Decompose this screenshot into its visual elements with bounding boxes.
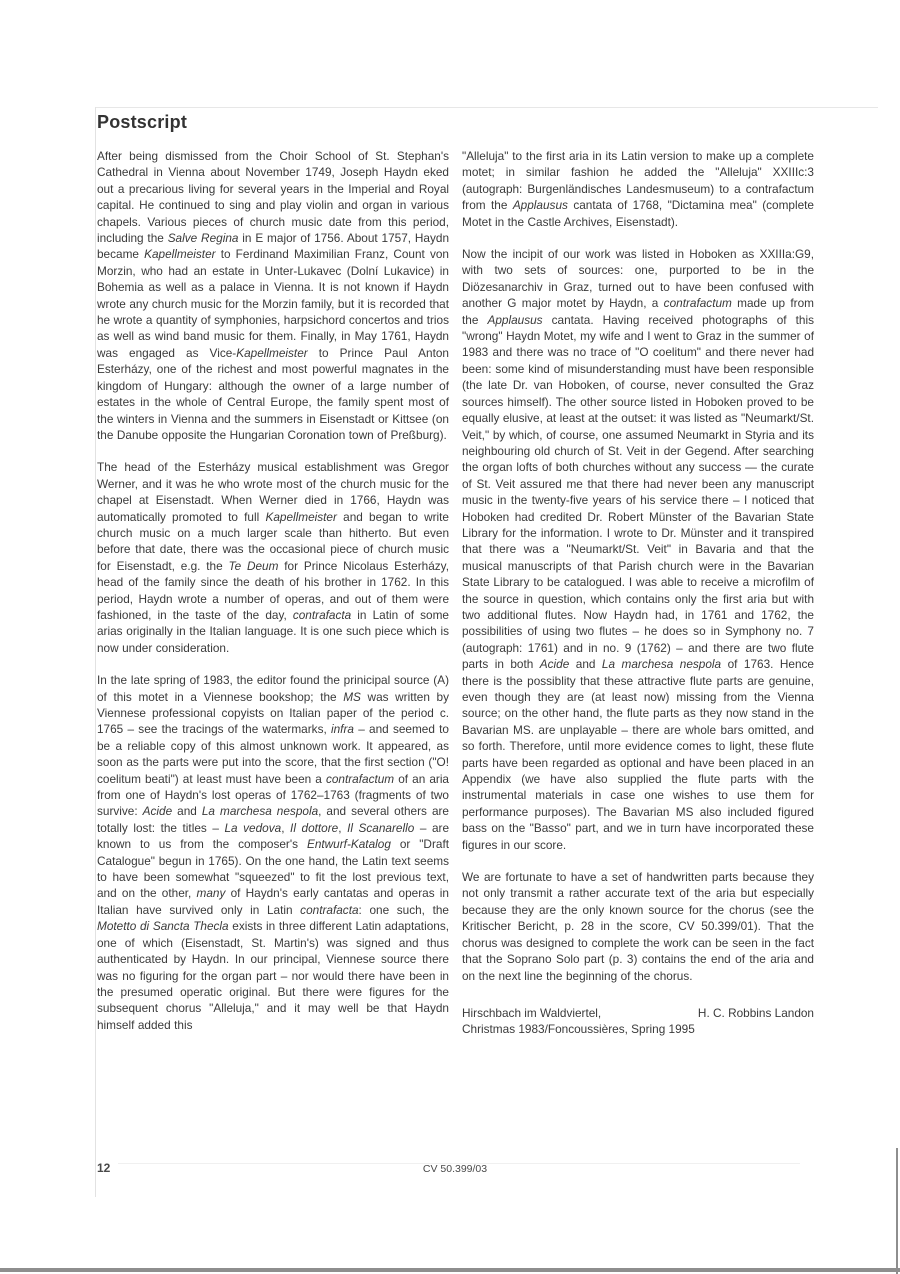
left-column: After being dismissed from the Choir Sch… xyxy=(97,148,449,1049)
document-page: Postscript After being dismissed from th… xyxy=(0,0,900,1274)
paragraph: Now the incipit of our work was listed i… xyxy=(462,246,814,853)
page-title: Postscript xyxy=(97,112,187,133)
scan-edge-bottom xyxy=(0,1268,900,1272)
scan-edge-right xyxy=(896,1148,898,1274)
paragraph: The head of the Esterházy musical establ… xyxy=(97,459,449,656)
signature-place: Hirschbach im Waldviertel, xyxy=(462,1005,601,1021)
signature-author: H. C. Robbins Landon xyxy=(698,1005,814,1021)
right-column: "Alleluja" to the first aria in its Lati… xyxy=(462,148,814,1049)
signature-block: Hirschbach im Waldviertel, H. C. Robbins… xyxy=(462,1005,814,1038)
paragraph: We are fortunate to have a set of handwr… xyxy=(462,869,814,984)
paragraph: After being dismissed from the Choir Sch… xyxy=(97,148,449,443)
paragraph: "Alleluja" to the first aria in its Lati… xyxy=(462,148,814,230)
left-margin-line xyxy=(95,107,96,1197)
text-columns: After being dismissed from the Choir Sch… xyxy=(97,148,815,1049)
catalog-number: CV 50.399/03 xyxy=(95,1163,815,1175)
signature-date: Christmas 1983/Foncoussières, Spring 199… xyxy=(462,1021,814,1037)
paragraph: In the late spring of 1983, the editor f… xyxy=(97,672,449,1033)
heading-rule xyxy=(95,107,878,108)
